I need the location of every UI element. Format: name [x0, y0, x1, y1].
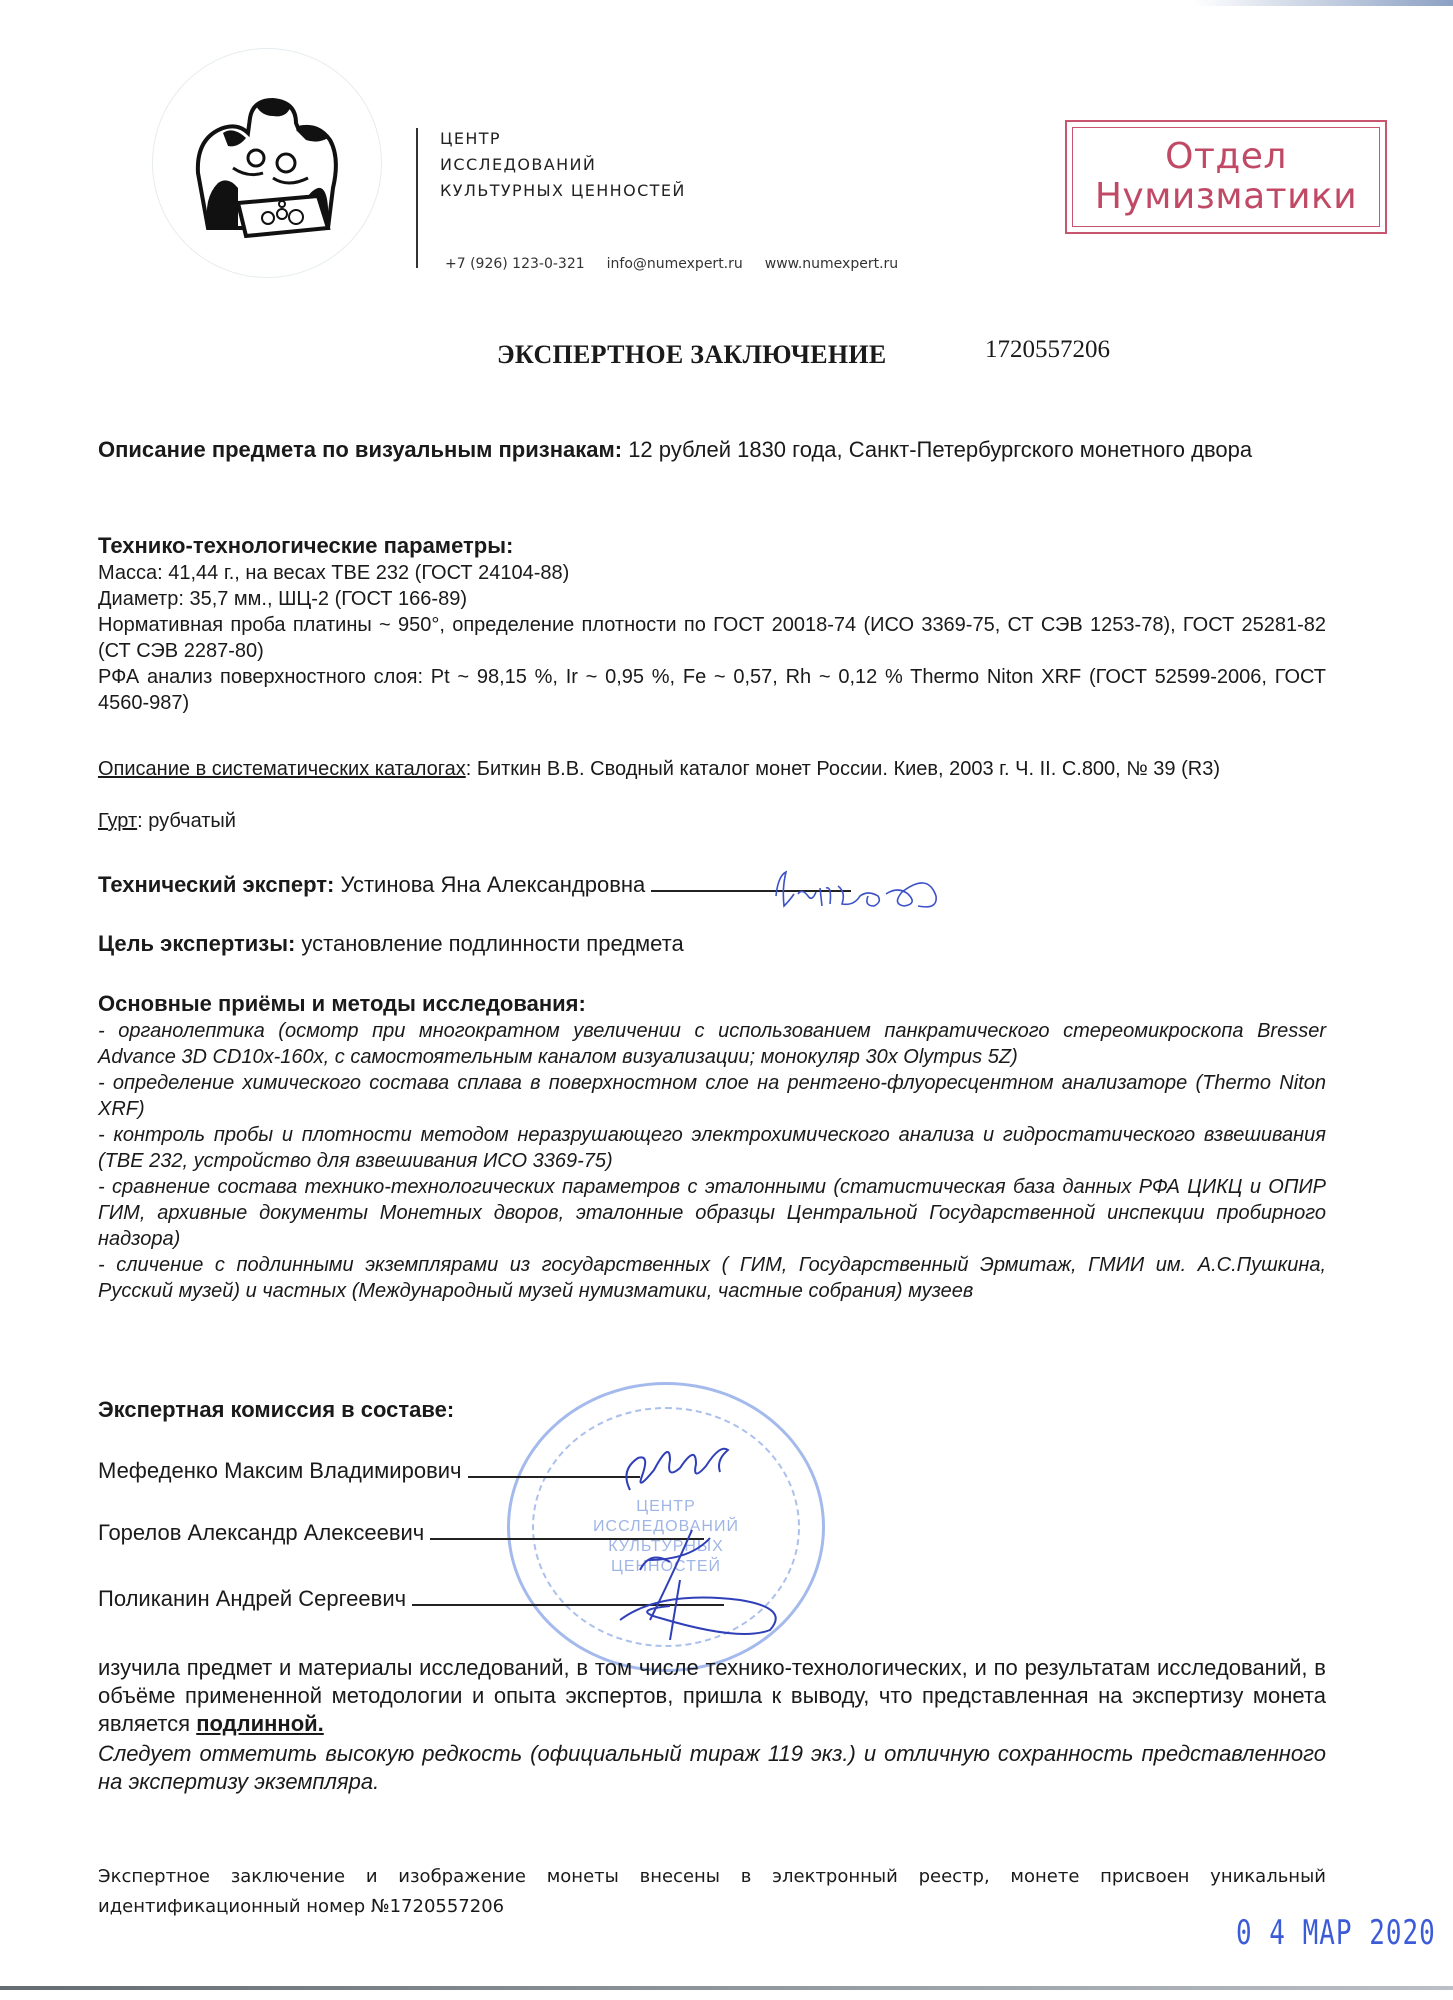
org-name-line: ИССЛЕДОВАНИЙ	[440, 152, 686, 178]
email-link[interactable]: info@numexpert.ru	[607, 256, 743, 272]
item-description-label: Описание предмета по визуальным признака…	[98, 437, 622, 462]
commission-heading: Экспертная комиссия в составе:	[98, 1396, 454, 1424]
expert-signature-icon	[768, 866, 968, 916]
conclusion: изучила предмет и материалы исследований…	[98, 1654, 1326, 1738]
expert-name: Устинова Яна Александровна	[334, 872, 651, 897]
method-item: - органолептика (осмотр при многократном…	[98, 1018, 1326, 1070]
edge-label: Гурт	[98, 810, 137, 832]
goal-label: Цель экспертизы:	[98, 931, 295, 956]
logo-numismatists-icon	[178, 78, 348, 248]
item-description-value: 12 рублей 1830 года, Санкт-Петербургског…	[622, 437, 1252, 462]
method-item: - сличение с подлинными экземплярами из …	[98, 1252, 1326, 1304]
research-methods: Основные приёмы и методы исследования: -…	[98, 990, 1326, 1304]
expertise-goal: Цель экспертизы: установление подлинност…	[98, 930, 1326, 958]
document-title: ЭКСПЕРТНОЕ ЗАКЛЮЧЕНИЕ	[497, 340, 887, 370]
commission-member-name: Поликанин Андрей Сергеевич	[98, 1586, 406, 1611]
expert-label: Технический эксперт:	[98, 872, 334, 897]
technical-line: Масса: 41,44 г., на весах ТВЕ 232 (ГОСТ …	[98, 560, 1326, 586]
technical-line: РФА анализ поверхностного слоя: Pt ~ 98,…	[98, 664, 1326, 716]
item-description: Описание предмета по визуальным признака…	[98, 436, 1326, 464]
department-stamp: Отдел Нумизматики	[1065, 120, 1387, 234]
conclusion-note: Следует отметить высокую редкость (офици…	[98, 1740, 1326, 1796]
date-stamp: 0 4 МАР 2020	[1236, 1914, 1436, 1953]
organization-name: ЦЕНТР ИССЛЕДОВАНИЙ КУЛЬТУРНЫХ ЦЕННОСТЕЙ	[440, 126, 686, 204]
edge-value: : рубчатый	[137, 810, 236, 832]
commission-member-name: Мефеденко Максим Владимирович	[98, 1458, 462, 1483]
technical-expert: Технический эксперт: Устинова Яна Алекса…	[98, 870, 1326, 899]
catalog-value: : Биткин В.В. Сводный каталог монет Росс…	[466, 758, 1220, 780]
method-item: - определение химического состава сплава…	[98, 1070, 1326, 1122]
method-item: - контроль пробы и плотности методом нер…	[98, 1122, 1326, 1174]
catalog-label: Описание в систематических каталогах	[98, 758, 466, 780]
registry-note: Экспертное заключение и изображение моне…	[98, 1862, 1326, 1922]
commission-member-name: Горелов Александр Алексеевич	[98, 1520, 424, 1545]
org-name-line: ЦЕНТР	[440, 126, 686, 152]
method-item: - сравнение состава технико-технологичес…	[98, 1174, 1326, 1252]
methods-heading: Основные приёмы и методы исследования:	[98, 990, 1326, 1018]
commission-signatures-icon	[520, 1420, 820, 1660]
website-link[interactable]: www.numexpert.ru	[765, 256, 898, 272]
technical-line: Нормативная проба платины ~ 950°, опреде…	[98, 612, 1326, 664]
technical-parameters: Технико-технологические параметры: Масса…	[98, 532, 1326, 716]
scan-edge-top	[1193, 0, 1453, 6]
contacts: +7 (926) 123-0-321 info@numexpert.ru www…	[445, 256, 898, 272]
department-stamp-line: Нумизматики	[1095, 177, 1357, 217]
edge-description: Гурт: рубчатый	[98, 808, 1326, 834]
header-divider	[416, 128, 418, 268]
department-stamp-line: Отдел	[1165, 137, 1287, 177]
catalog-description: Описание в систематических каталогах: Би…	[98, 756, 1326, 782]
scan-edge-bottom	[0, 1986, 1453, 1990]
technical-line: Диаметр: 35,7 мм., ШЦ-2 (ГОСТ 166-89)	[98, 586, 1326, 612]
phone[interactable]: +7 (926) 123-0-321	[445, 256, 585, 272]
document-number: 1720557206	[985, 336, 1110, 364]
technical-heading: Технико-технологические параметры:	[98, 532, 1326, 560]
verdict: подлинной.	[196, 1711, 324, 1736]
org-name-line: КУЛЬТУРНЫХ ЦЕННОСТЕЙ	[440, 178, 686, 204]
goal-value: установление подлинности предмета	[295, 931, 683, 956]
